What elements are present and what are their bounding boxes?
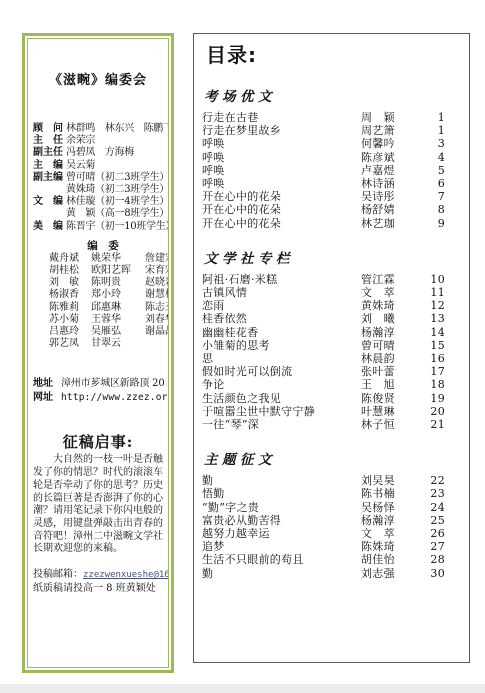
staff-role-label: 副主编 — [33, 172, 66, 184]
staff-row: 黄姝琦（初二3班学生） — [33, 184, 163, 196]
toc-item-author: 张叶蕾 — [361, 365, 425, 378]
toc-item-page: 3 — [425, 137, 445, 150]
toc-item-author: 胡佳怡 — [361, 553, 425, 566]
toc-row: 呼唤林诗涵6 — [202, 177, 461, 190]
committee-member: 谢晶晶 — [145, 326, 169, 338]
committee-member: 陈志芬 — [145, 302, 169, 314]
toc-row: 生活颜色之我见陈俊贤19 — [202, 392, 461, 405]
toc-row: 勤刘旲昊22 — [202, 474, 461, 487]
toc-item-page: 27 — [425, 540, 445, 553]
toc-item-title: 幽幽桂花香 — [202, 326, 361, 339]
committee-member: 戴舟斌 — [49, 253, 91, 265]
staff-role-label: 顾 问 — [33, 123, 66, 135]
toc-row: 行走在古巷周 颖1 — [202, 111, 461, 124]
toc-item-page: 5 — [425, 164, 445, 177]
staff-row: 主 编吴云菊 — [33, 160, 163, 172]
committee-member: 陈明贵 — [91, 277, 145, 289]
toc-item-title: 开在心中的花朵 — [202, 203, 361, 216]
toc-row: 阿祖·石磨·米糕管江霖10 — [202, 273, 461, 286]
toc-item-title: 行走在梦里故乡 — [202, 124, 361, 137]
staff-names: 冯碧凤 方海梅 — [66, 147, 134, 159]
toc-title: 目录: — [206, 42, 461, 68]
toc-item-author: 卢嘉煜 — [361, 164, 425, 177]
toc-item-page: 9 — [425, 217, 445, 230]
toc-item-page: 14 — [425, 326, 445, 339]
staff-row: 顾 问林群鸣 林东兴 陈鹏飞 — [33, 123, 163, 135]
toc-row: 呼唤卢嘉煜5 — [202, 164, 461, 177]
committee-row: 刘 敏陈明贵赵晓岩 — [33, 277, 163, 289]
staff-names: 陈晋宇（初一10班学生） — [66, 221, 169, 233]
address-value: 漳州市芗城区新路顶 20 号 — [61, 377, 169, 391]
committee-member: 郑小玲 — [91, 289, 145, 301]
toc-row: 恋雨黄姝琦12 — [202, 299, 461, 312]
staff-names: 吴云菊 — [66, 160, 95, 172]
staff-role-label: 文 编 — [33, 196, 66, 208]
committee-member: 甘翠云 — [91, 338, 145, 350]
toc-item-page: 22 — [425, 474, 445, 487]
toc-row: 假如时光可以倒流张叶蕾17 — [202, 365, 461, 378]
committee-member: 郭艺凤 — [49, 338, 91, 350]
toc-item-author: 何馨吟 — [361, 137, 425, 150]
toc-item-page: 13 — [425, 312, 445, 325]
toc-item-title: 开在心中的花朵 — [202, 190, 361, 203]
website-row: 网址 http://www.zzez.org/ — [33, 391, 163, 405]
staff-names: 曾可晴（初二3班学生） — [66, 172, 169, 184]
toc-item-author: 陈彦斌 — [361, 151, 425, 164]
toc-item-author: 杨瀚淳 — [361, 514, 425, 527]
toc-item-page: 4 — [425, 151, 445, 164]
toc-item-page: 12 — [425, 299, 445, 312]
toc-item-title: 呼唤 — [202, 137, 361, 150]
toc-row: 争论王 旭18 — [202, 378, 461, 391]
toc-item-author: 刘 曦 — [361, 312, 425, 325]
editorial-board-inner-border: 《滋畹》编委会 顾 问林群鸣 林东兴 陈鹏飞主 任余荣宗副主任冯碧凤 方海梅主 … — [27, 38, 169, 668]
toc-item-page: 1 — [425, 111, 445, 124]
staff-role-label — [33, 208, 66, 220]
toc-item-author: 王 旭 — [361, 378, 425, 391]
committee-row: 胡桂松欧阳艺晖宋育宏 — [33, 265, 163, 277]
toc-item-title: 生活颜色之我见 — [202, 392, 361, 405]
toc-item-title: 追梦 — [202, 540, 361, 553]
website-url: http://www.zzez.org/ — [61, 391, 169, 405]
committee-member: 詹建宏 — [145, 253, 169, 265]
toc-row: 勤刘志强30 — [202, 567, 461, 580]
committee-member: 谢慧梅 — [145, 289, 169, 301]
staff-names: 林佳璇（初一4班学生） — [66, 196, 169, 208]
toc-item-author: 吴诗彤 — [361, 190, 425, 203]
contact-block: 地址 漳州市芗城区新路顶 20 号 网址 http://www.zzez.org… — [33, 377, 163, 404]
toc-row: 一往“琴”深林子恒21 — [202, 418, 461, 431]
committee-grid: 戴舟斌姚荣华詹建宏胡桂松欧阳艺晖宋育宏刘 敏陈明贵赵晓岩杨淑香郑小玲谢慧梅陈雅莉… — [33, 253, 163, 351]
toc-item-page: 8 — [425, 203, 445, 216]
submission-email-label: 投稿邮箱： — [33, 569, 83, 580]
committee-row: 陈雅莉邱惠琳陈志芬 — [33, 302, 163, 314]
committee-member: 刘春华 — [145, 314, 169, 326]
toc-item-page: 10 — [425, 273, 445, 286]
website-label: 网址 — [33, 391, 61, 405]
committee-member: 吕惠玲 — [49, 326, 91, 338]
paper-submission-note: 纸质稿请投高一 8 班黄颖处 — [33, 582, 163, 596]
toc-item-title: 桂香依然 — [202, 312, 361, 325]
staff-names: 黄 颖（高一8班学生） — [66, 208, 169, 220]
committee-member: 赵晓岩 — [145, 277, 169, 289]
toc-item-title: “勤”字之贵 — [202, 501, 361, 514]
toc-item-author: 吴杨怿 — [361, 501, 425, 514]
toc-item-title: 呼唤 — [202, 164, 361, 177]
toc-item-title: 古镇风情 — [202, 286, 361, 299]
toc-item-title: 恋雨 — [202, 299, 361, 312]
toc-row: 悟勤陈书楠23 — [202, 487, 461, 500]
toc-item-author: 周艺箫 — [361, 124, 425, 137]
toc-item-title: 富贵必从勤苦得 — [202, 514, 361, 527]
toc-item-title: 小雏菊的思考 — [202, 339, 361, 352]
toc-item-author: 黄姝琦 — [361, 299, 425, 312]
editorial-board-title: 《滋畹》编委会 — [33, 73, 163, 89]
toc-item-title: 越努力越幸运 — [202, 527, 361, 540]
toc-item-page: 18 — [425, 378, 445, 391]
toc-item-author: 杨舒婧 — [361, 203, 425, 216]
toc-row: 于喧嚣尘世中默守宁静叶慧琳20 — [202, 405, 461, 418]
staff-names: 黄姝琦（初二3班学生） — [66, 184, 169, 196]
toc-row: 桂香依然刘 曦13 — [202, 312, 461, 325]
toc-row: 幽幽桂花香杨瀚淳14 — [202, 326, 461, 339]
committee-row: 吕惠玲吴雁弘谢晶晶 — [33, 326, 163, 338]
toc-item-title: 生活不只眼前的苟且 — [202, 553, 361, 566]
toc-item-page: 16 — [425, 352, 445, 365]
toc-item-page: 19 — [425, 392, 445, 405]
toc-sections: 考场优文行走在古巷周 颖1行走在梦里故乡周艺箫1呼唤何馨吟3呼唤陈彦斌4呼唤卢嘉… — [202, 90, 461, 580]
toc-item-page: 7 — [425, 190, 445, 203]
toc-item-title: 勤 — [202, 567, 361, 580]
toc-item-page: 20 — [425, 405, 445, 418]
toc-item-author: 林子恒 — [361, 418, 425, 431]
toc-row: 富贵必从勤苦得杨瀚淳25 — [202, 514, 461, 527]
committee-member: 邱惠琳 — [91, 302, 145, 314]
committee-member: 欧阳艺晖 — [91, 265, 145, 277]
toc-row: 小雏菊的思考曾可晴15 — [202, 339, 461, 352]
staff-role-label: 主 任 — [33, 135, 66, 147]
toc-item-page: 21 — [425, 418, 445, 431]
toc-item-author: 管江霖 — [361, 273, 425, 286]
toc-row: 越努力越幸运文 萃26 — [202, 527, 461, 540]
submission-email-link[interactable]: zzezwenxueshe@163.com — [83, 570, 169, 580]
staff-role-label — [33, 184, 66, 196]
submission-notice-body: 大自然的一枝一叶是否触发了你的情思？时代的滚滚车轮是否牵动了你的思考？历史的长篇… — [33, 454, 163, 556]
toc-item-author: 刘旲昊 — [361, 474, 425, 487]
committee-member: 苏小菊 — [49, 314, 91, 326]
toc-panel: 目录: 考场优文行走在古巷周 颖1行走在梦里故乡周艺箫1呼唤何馨吟3呼唤陈彦斌4… — [193, 33, 470, 663]
toc-item-author: 林诗涵 — [361, 177, 425, 190]
committee-member: 杨淑香 — [49, 289, 91, 301]
address-row: 地址 漳州市芗城区新路顶 20 号 — [33, 377, 163, 391]
submission-email-row: 投稿邮箱：zzezwenxueshe@163.com — [33, 568, 163, 582]
toc-section-heading: 文学社专栏 — [204, 252, 461, 266]
committee-member: 吴雁弘 — [91, 326, 145, 338]
staff-row: 文 编林佳璇（初一4班学生） — [33, 196, 163, 208]
editorial-board-panel: 《滋畹》编委会 顾 问林群鸣 林东兴 陈鹏飞主 任余荣宗副主任冯碧凤 方海梅主 … — [22, 33, 174, 673]
toc-section-heading: 主题征文 — [204, 453, 461, 467]
committee-member: 王蓉华 — [91, 314, 145, 326]
toc-item-author: 杨瀚淳 — [361, 326, 425, 339]
staff-role-label: 副主任 — [33, 147, 66, 159]
submission-notice-title: 征稿启事: — [33, 432, 163, 452]
toc-item-title: 行走在古巷 — [202, 111, 361, 124]
toc-item-author: 林晨韵 — [361, 352, 425, 365]
toc-row: 开在心中的花朵林艺珈9 — [202, 217, 461, 230]
toc-item-title: 争论 — [202, 378, 361, 391]
toc-row: 呼唤陈彦斌4 — [202, 151, 461, 164]
toc-item-title: 悟勤 — [202, 487, 361, 500]
committee-label: 编 委 — [33, 240, 163, 252]
committee-row: 郭艺凤甘翠云 — [33, 338, 163, 350]
staff-row: 美 编陈晋宇（初一10班学生） — [33, 221, 163, 233]
toc-item-author: 文 萃 — [361, 527, 425, 540]
toc-item-title: 呼唤 — [202, 151, 361, 164]
staff-role-label: 美 编 — [33, 221, 66, 233]
toc-item-title: 假如时光可以倒流 — [202, 365, 361, 378]
toc-item-page: 6 — [425, 177, 445, 190]
toc-item-author: 周 颖 — [361, 111, 425, 124]
committee-member: 胡桂松 — [49, 265, 91, 277]
staff-names: 林群鸣 林东兴 陈鹏飞 — [66, 123, 169, 135]
staff-row: 副主编曾可晴（初二3班学生） — [33, 172, 163, 184]
committee-row: 戴舟斌姚荣华詹建宏 — [33, 253, 163, 265]
toc-item-author: 陈俊贤 — [361, 392, 425, 405]
staff-role-label: 主 编 — [33, 160, 66, 172]
toc-item-page: 1 — [425, 124, 445, 137]
page-bottom-strip — [0, 684, 485, 693]
toc-item-page: 25 — [425, 514, 445, 527]
toc-item-page: 15 — [425, 339, 445, 352]
toc-item-author: 刘志强 — [361, 567, 425, 580]
toc-item-page: 17 — [425, 365, 445, 378]
toc-item-author: 林艺珈 — [361, 217, 425, 230]
committee-member: 刘 敏 — [49, 277, 91, 289]
toc-item-title: 阿祖·石磨·米糕 — [202, 273, 361, 286]
toc-row: 追梦陈姝琦27 — [202, 540, 461, 553]
staff-row: 黄 颖（高一8班学生） — [33, 208, 163, 220]
toc-item-page: 11 — [425, 286, 445, 299]
toc-item-page: 24 — [425, 501, 445, 514]
committee-member: 姚荣华 — [91, 253, 145, 265]
committee-row: 杨淑香郑小玲谢慧梅 — [33, 289, 163, 301]
toc-item-title: 呼唤 — [202, 177, 361, 190]
toc-item-title: 勤 — [202, 474, 361, 487]
toc-item-page: 26 — [425, 527, 445, 540]
toc-item-author: 曾可晴 — [361, 339, 425, 352]
toc-section-heading: 考场优文 — [204, 90, 461, 104]
committee-member: 宋育宏 — [145, 265, 169, 277]
toc-item-title: 于喧嚣尘世中默守宁静 — [202, 405, 361, 418]
committee-row: 苏小菊王蓉华刘春华 — [33, 314, 163, 326]
staff-row: 主 任余荣宗 — [33, 135, 163, 147]
toc-row: 生活不只眼前的苟且胡佳怡28 — [202, 553, 461, 566]
toc-item-title: 思 — [202, 352, 361, 365]
toc-item-author: 文 萃 — [361, 286, 425, 299]
toc-item-author: 陈书楠 — [361, 487, 425, 500]
committee-member: 陈雅莉 — [49, 302, 91, 314]
toc-item-page: 30 — [425, 567, 445, 580]
magazine-toc-page: 《滋畹》编委会 顾 问林群鸣 林东兴 陈鹏飞主 任余荣宗副主任冯碧凤 方海梅主 … — [0, 0, 485, 693]
toc-item-author: 陈姝琦 — [361, 540, 425, 553]
toc-row: 开在心中的花朵杨舒婧8 — [202, 203, 461, 216]
toc-row: 古镇风情文 萃11 — [202, 286, 461, 299]
toc-item-page: 28 — [425, 553, 445, 566]
toc-item-page: 23 — [425, 487, 445, 500]
toc-row: 思林晨韵16 — [202, 352, 461, 365]
staff-names: 余荣宗 — [66, 135, 95, 147]
address-label: 地址 — [33, 377, 61, 391]
staff-list: 顾 问林群鸣 林东兴 陈鹏飞主 任余荣宗副主任冯碧凤 方海梅主 编吴云菊副主编曾… — [33, 123, 163, 233]
staff-row: 副主任冯碧凤 方海梅 — [33, 147, 163, 159]
toc-row: 行走在梦里故乡周艺箫1 — [202, 124, 461, 137]
toc-item-title: 开在心中的花朵 — [202, 217, 361, 230]
toc-row: 呼唤何馨吟3 — [202, 137, 461, 150]
toc-row: 开在心中的花朵吴诗彤7 — [202, 190, 461, 203]
toc-row: “勤”字之贵吴杨怿24 — [202, 501, 461, 514]
toc-item-title: 一往“琴”深 — [202, 418, 361, 431]
toc-item-author: 叶慧琳 — [361, 405, 425, 418]
